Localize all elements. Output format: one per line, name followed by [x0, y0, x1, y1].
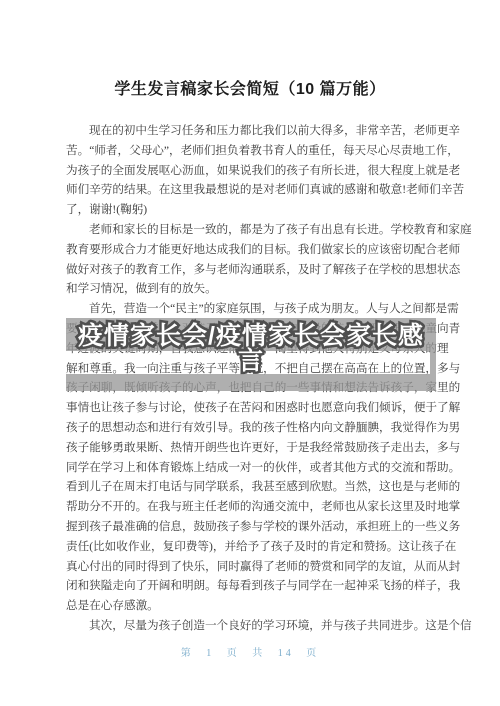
text-line: 孩子能够勇敢果断、热情开朗些也许更好，于是我经常鼓励孩子走出去，多与 — [66, 438, 434, 458]
watermark-title-text: 疫情家长会/疫情家长会家长感言 — [73, 324, 429, 374]
text-line: 为孩子的全面发展呕心沥血，如果说我们的孩子有所长进，很大程度上就是老 — [66, 161, 434, 181]
document-page: 学生发言稿家长会简短（10 篇万能） 现在的初中生学习任务和压力都比我们以前大得… — [0, 0, 500, 706]
document-title: 学生发言稿家长会简短（10 篇万能） — [0, 76, 500, 99]
text-line: 教育要形成合力才能更好地达成我们的目标。我们做家长的应该密切配合老师 — [66, 240, 434, 260]
text-line: 看到儿子在周末打电话与同学联系，我甚至感到欣慰。当然，这也是与老师的 — [66, 477, 434, 497]
page-number: 第 1 页 共 14 页 — [0, 644, 500, 659]
document-body: 现在的初中生学习任务和压力都比我们以前大得多，非常辛苦，老师更辛苦。“师者，父母… — [66, 121, 434, 636]
text-line: 握到孩子最准确的信息，鼓励孩子参与学校的课外活动，承担班上的一些义务 — [66, 517, 434, 537]
text-line: 孩子的思想动态和进行有效引导。我的孩子性格内向文静腼腆，我觉得作为男 — [66, 418, 434, 438]
watermark-title[interactable]: 疫情家长会/疫情家长会家长感言 疫情家长会/疫情家长会家长感言 — [73, 324, 429, 374]
text-line: 闭和狭隘走向了开阔和明朗。每每看到孩子与同学在一起神采飞扬的样子，我 — [66, 576, 434, 596]
text-line: 老师和家长的目标是一致的，都是为了孩子有出息有长进。学校教育和家庭 — [66, 220, 434, 240]
text-line: 和学习情况，做到有的放矢。 — [66, 279, 434, 299]
text-line: 师们辛劳的结果。在这里我最想说的是对老师们真诚的感谢和敬意!老师们辛苦 — [66, 180, 434, 200]
text-line: 苦。“师者，父母心”，老师们担负着教书育人的重任，每天尽心尽责地工作， — [66, 141, 434, 161]
text-line: 帮助分不开的。在我与班主任老师的沟通交流中，老师也从家长这里及时地掌 — [66, 497, 434, 517]
text-line: 其次，尽量为孩子创造一个良好的学习环境，并与孩子共同进步。这是个信 — [66, 616, 434, 636]
text-line: 真心付出的同时得到了快乐，同时赢得了老师的赞赏和同学的友谊，从而从封 — [66, 557, 434, 577]
text-line: 孩子闲聊，既倾听孩子的心声，也把自己的一些事情和想法告诉孩子，家里的 — [66, 378, 434, 398]
text-line: 首先，营造一个“民主”的家庭氛围，与孩子成为朋友。人与人之间都是需 — [66, 299, 434, 319]
text-line: 事情也让孩子参与讨论，使孩子在苦闷和困惑时也愿意向我们倾诉，便于了解 — [66, 398, 434, 418]
text-line: 现在的初中生学习任务和压力都比我们以前大得多，非常辛苦，老师更辛 — [66, 121, 434, 141]
text-line: 总是在心存感激。 — [66, 596, 434, 616]
text-line: 了，谢谢!(鞠躬) — [66, 200, 434, 220]
text-line: 做好对孩子的教育工作，多与老师沟通联系，及时了解孩子在学校的思想状态 — [66, 260, 434, 280]
text-line: 同学在学习上和体育锻炼上结成一对一的伙伴，或者其他方式的交流和帮助。 — [66, 458, 434, 478]
text-line: 责任(比如收作业，复印费等)，并给予了孩子及时的肯定和赞扬。这让孩子在 — [66, 537, 434, 557]
